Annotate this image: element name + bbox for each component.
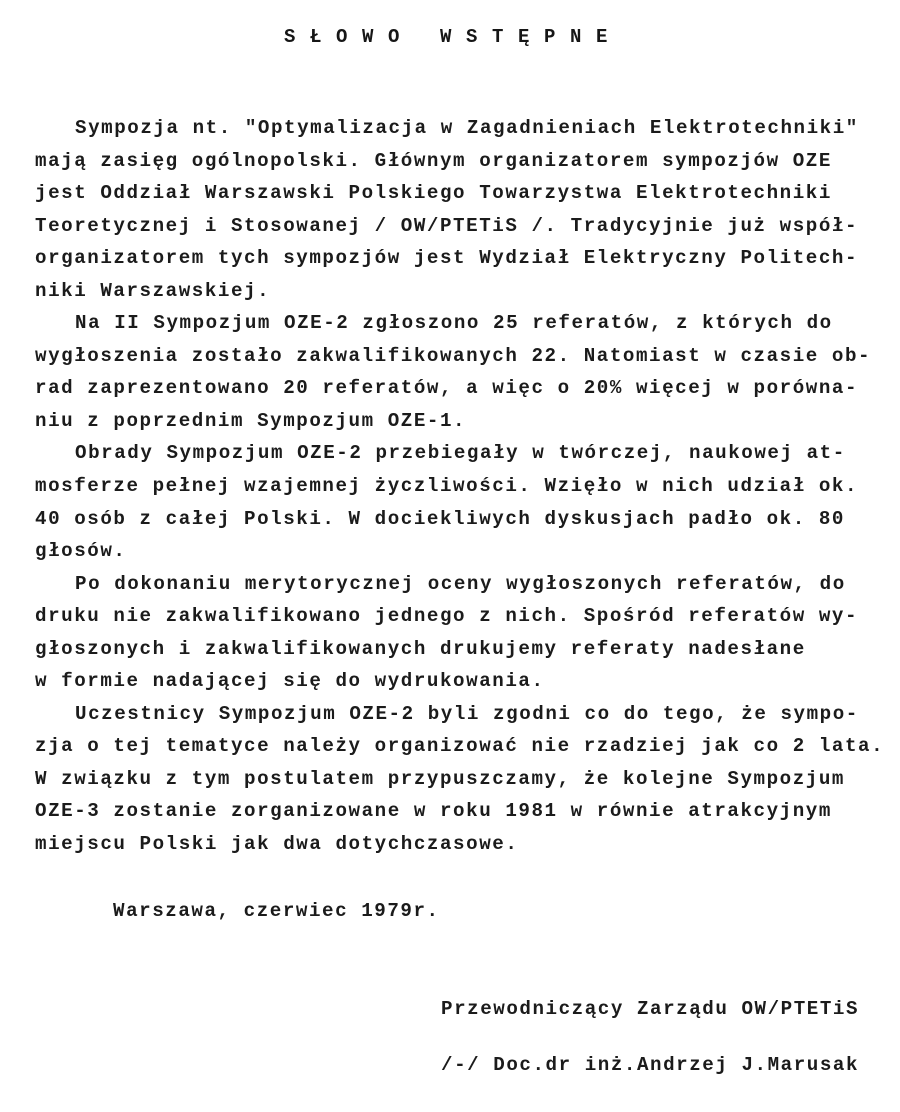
- paragraph-2-line-3: rad zaprezentowano 20 referatów, a więc …: [35, 372, 875, 405]
- paragraph-3-line-3: 40 osób z całej Polski. W dociekliwych d…: [35, 503, 875, 536]
- signatory-name: /-/ Doc.dr inż.Andrzej J.Marusak: [441, 1051, 859, 1107]
- paragraph-3-line-1: Obrady Sympozjum OZE-2 przebiegały w twó…: [35, 437, 875, 470]
- paragraph-4-line-4: w formie nadającej się do wydrukowania.: [35, 665, 875, 698]
- paragraph-5-line-3: W związku z tym postulatem przypuszczamy…: [35, 763, 875, 796]
- paragraph-4-line-3: głoszonych i zakwalifikowanych drukujemy…: [35, 633, 875, 666]
- paragraph-2-line-2: wygłoszenia zostało zakwalifikowanych 22…: [35, 340, 875, 373]
- place-and-date: Warszawa, czerwiec 1979r.: [113, 900, 440, 922]
- paragraph-1-line-4: Teoretycznej i Stosowanej / OW/PTETiS /.…: [35, 210, 875, 243]
- document-page: SŁOWO WSTĘPNE Sympozja nt. "Optymalizacj…: [0, 0, 900, 1112]
- paragraph-1-line-1: Sympozja nt. "Optymalizacja w Zagadnieni…: [35, 112, 875, 145]
- paragraph-2-line-1: Na II Sympozjum OZE-2 zgłoszono 25 refer…: [35, 307, 875, 340]
- paragraph-5-line-4: OZE-3 zostanie zorganizowane w roku 1981…: [35, 795, 875, 828]
- paragraph-5-line-1: Uczestnicy Sympozjum OZE-2 byli zgodni c…: [35, 698, 875, 731]
- paragraph-3-line-4: głosów.: [35, 535, 875, 568]
- paragraph-4-line-1: Po dokonaniu merytorycznej oceny wygłosz…: [35, 568, 875, 601]
- paragraph-1-line-3: jest Oddział Warszawski Polskiego Towarz…: [35, 177, 875, 210]
- document-body: Sympozja nt. "Optymalizacja w Zagadnieni…: [35, 112, 875, 861]
- paragraph-1-line-5: organizatorem tych sympozjów jest Wydzia…: [35, 242, 875, 275]
- paragraph-3-line-2: mosferze pełnej wzajemnej życzliwości. W…: [35, 470, 875, 503]
- paragraph-1-line-2: mają zasięg ogólnopolski. Głównym organi…: [35, 145, 875, 178]
- paragraph-2-line-4: niu z poprzednim Sympozjum OZE-1.: [35, 405, 875, 438]
- paragraph-5-line-2: zja o tej tematyce należy organizować ni…: [35, 730, 875, 763]
- document-title: SŁOWO WSTĘPNE: [284, 26, 622, 48]
- paragraph-4-line-2: druku nie zakwalifikowano jednego z nich…: [35, 600, 875, 633]
- signatory-role: Przewodniczący Zarządu OW/PTETiS: [441, 995, 859, 1051]
- signature-block: Przewodniczący Zarządu OW/PTETiS /-/ Doc…: [441, 995, 859, 1107]
- paragraph-1-line-6: niki Warszawskiej.: [35, 275, 875, 308]
- paragraph-5-line-5: miejscu Polski jak dwa dotychczasowe.: [35, 828, 875, 861]
